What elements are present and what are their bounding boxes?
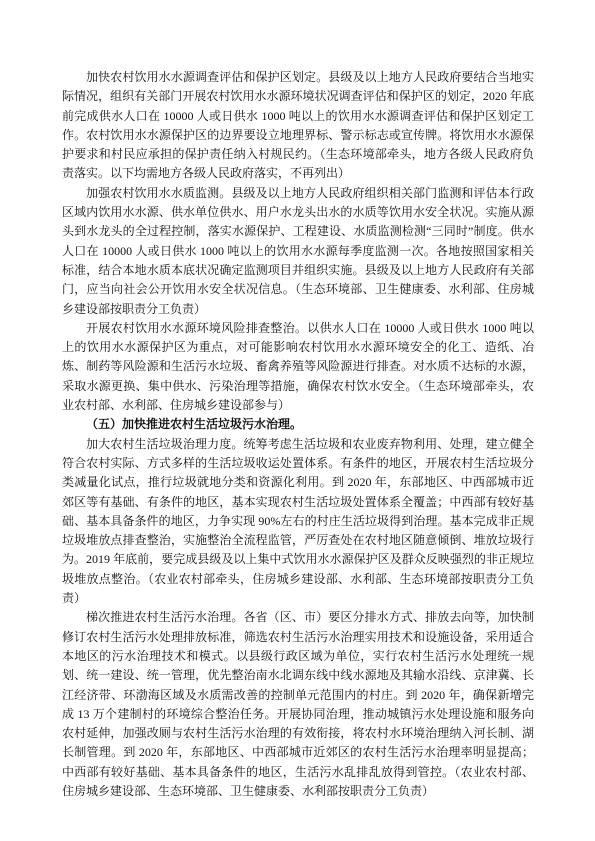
- document-body: 加快农村饮用水水源调查评估和保护区划定。县级及以上地方人民政府要结合当地实际情况…: [62, 68, 534, 801]
- paragraph-water-quality-monitoring: 加强农村饮用水水质监测。县级及以上地方人民政府组织相关部门监测和评估本行政区域内…: [62, 184, 534, 319]
- paragraph-garbage-treatment: 加大农村生活垃圾治理力度。统筹考虑生活垃圾和农业废弃物利用、处理，建立健全符合农…: [62, 435, 534, 609]
- document-page: 加快农村饮用水水源调查评估和保护区划定。县级及以上地方人民政府要结合当地实际情况…: [0, 0, 595, 841]
- section-heading-5: （五）加快推进农村生活垃圾污水治理。: [62, 415, 534, 434]
- paragraph-sewage-treatment: 梯次推进农村生活污水治理。各省（区、市）要区分排水方式、排放去向等，加快制修订农…: [62, 608, 534, 801]
- paragraph-water-source-protection-zone: 加快农村饮用水水源调查评估和保护区划定。县级及以上地方人民政府要结合当地实际情况…: [62, 68, 534, 184]
- paragraph-water-source-risk-inspection: 开展农村饮用水水源环境风险排查整治。以供水人口在 10000 人或日供水 100…: [62, 319, 534, 415]
